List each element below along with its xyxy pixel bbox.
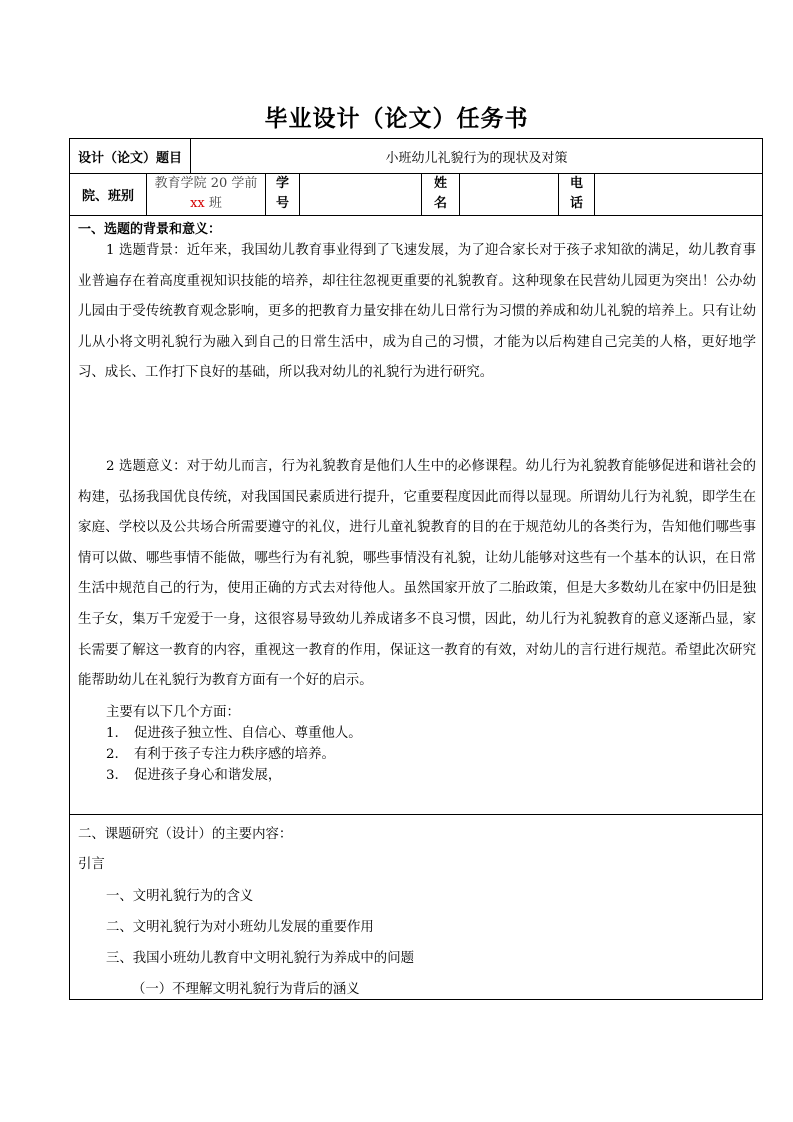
intro-item: 引言 bbox=[78, 853, 105, 872]
section2-heading: 二、课题研究（设计）的主要内容： bbox=[78, 823, 292, 842]
task-table: 设计（论文）题目 小班幼儿礼貌行为的现状及对策 院、班别 教育学院 20 学前 … bbox=[69, 138, 763, 1000]
student-id-value[interactable] bbox=[300, 173, 422, 215]
dept-value-line2: xx 班 bbox=[155, 194, 258, 214]
dept-label: 院、班别 bbox=[70, 173, 147, 215]
phone-value[interactable] bbox=[595, 173, 762, 215]
list-item: 1.促进孩子独立性、自信心、尊重他人。 bbox=[106, 723, 362, 744]
topic-row: 设计（论文）题目 小班幼儿礼貌行为的现状及对策 bbox=[70, 139, 762, 174]
topic-label: 设计（论文）题目 bbox=[70, 139, 191, 173]
significance-paragraph: 2 选题意义：对于幼儿而言，行为礼貌教育是他们人生中的必修课程。幼儿行为礼貌教育… bbox=[78, 452, 756, 697]
outline-item: 二、文明礼貌行为对小班幼儿发展的重要作用 bbox=[106, 916, 374, 935]
phone-label: 电话 bbox=[559, 173, 595, 215]
section-main-content: 二、课题研究（设计）的主要内容： 引言 一、文明礼貌行为的含义 二、文明礼貌行为… bbox=[70, 815, 762, 999]
class-placeholder: xx bbox=[190, 196, 205, 211]
background-paragraph: 1 选题背景：近年来，我国幼儿教育事业得到了飞速发展，为了迎合家长对于孩子求知欲… bbox=[78, 236, 756, 389]
name-value[interactable] bbox=[460, 173, 559, 215]
aspects-intro: 主要有以下几个方面： bbox=[106, 702, 362, 723]
section1-heading: 一、选题的背景和意义： bbox=[78, 218, 221, 237]
document-title: 毕业设计（论文）任务书 bbox=[0, 100, 793, 133]
info-row: 院、班别 教育学院 20 学前 xx 班 学号 姓名 电话 bbox=[70, 173, 762, 216]
name-label: 姓名 bbox=[422, 173, 460, 215]
dept-value-line1: 教育学院 20 学前 bbox=[155, 174, 258, 194]
section-background-significance: 一、选题的背景和意义： 1 选题背景：近年来，我国幼儿教育事业得到了飞速发展，为… bbox=[70, 216, 762, 815]
outline-subitem: （一）不理解文明礼貌行为背后的涵义 bbox=[132, 978, 360, 997]
outline-item: 一、文明礼貌行为的含义 bbox=[106, 885, 253, 904]
list-item: 3.促进孩子身心和谐发展， bbox=[106, 765, 362, 786]
list-item: 2.有利于孩子专注力秩序感的培养。 bbox=[106, 744, 362, 765]
student-id-label: 学号 bbox=[266, 173, 300, 215]
aspects-list: 主要有以下几个方面： 1.促进孩子独立性、自信心、尊重他人。 2.有利于孩子专注… bbox=[106, 702, 362, 786]
dept-value: 教育学院 20 学前 xx 班 bbox=[147, 173, 266, 215]
topic-value: 小班幼儿礼貌行为的现状及对策 bbox=[191, 139, 762, 173]
outline-item: 三、我国小班幼儿教育中文明礼貌行为养成中的问题 bbox=[106, 947, 414, 966]
